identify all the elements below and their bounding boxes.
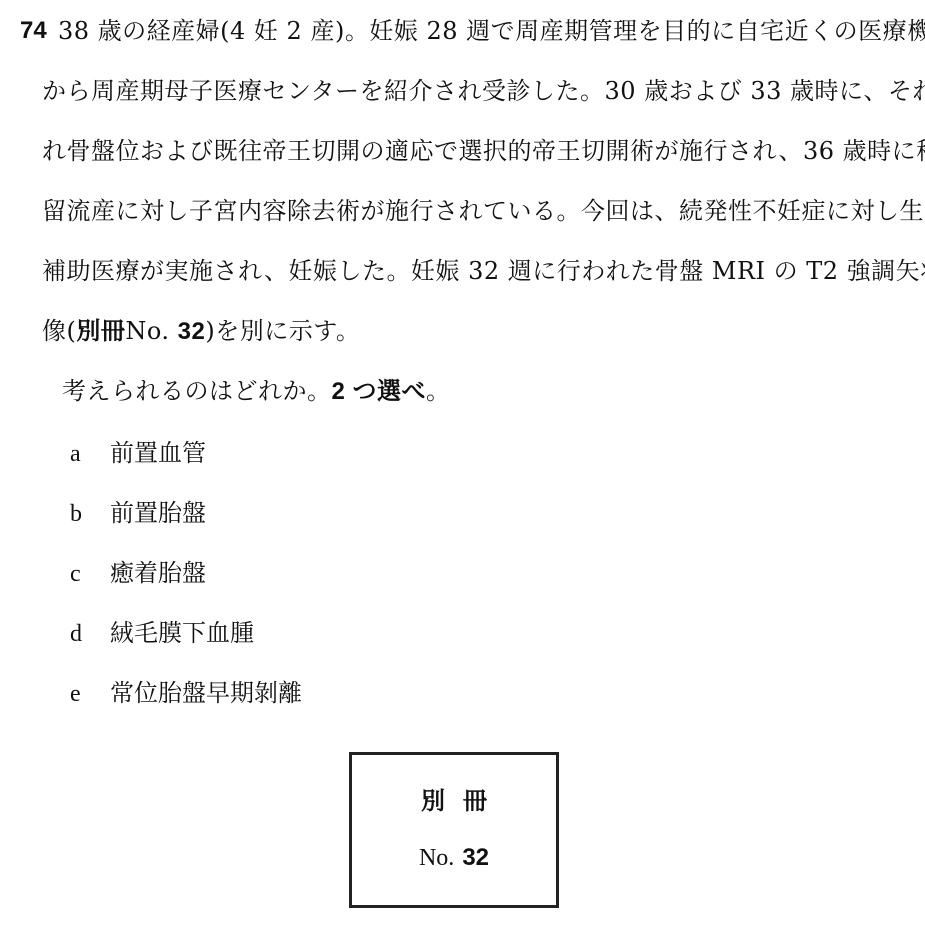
prompt-text: 考えられるのはどれか。 <box>62 377 332 405</box>
option-text: 前置血管 <box>110 439 206 467</box>
stem-line-6: 像(別冊No. 32)を別に示す。 <box>42 316 360 347</box>
stem-line-1: 38 歳の経産婦(4 妊 2 産)。妊娠 28 週で周産期管理を目的に自宅近くの… <box>58 16 925 46</box>
supplement-ref-no: No. <box>125 317 177 345</box>
prompt-end: 。 <box>426 377 451 405</box>
option-text: 癒着胎盤 <box>110 559 206 587</box>
question-number: 74 <box>20 16 47 46</box>
option-letter: e <box>70 679 110 709</box>
option-text: 前置胎盤 <box>110 499 206 527</box>
option-letter: a <box>70 439 110 469</box>
question-prompt: 考えられるのはどれか。2 つ選べ。 <box>62 376 451 407</box>
stem-line-3: れ骨盤位および既往帝王切開の適応で選択的帝王切開術が施行され、36 歳時に稽 <box>42 136 925 166</box>
option-b[interactable]: b前置胎盤 <box>70 498 206 529</box>
option-d[interactable]: d絨毛膜下血腫 <box>70 618 254 649</box>
option-text: 常位胎盤早期剝離 <box>110 679 302 707</box>
option-letter: c <box>70 559 110 589</box>
supplement-ref-label: 別冊 <box>76 318 125 345</box>
stem-line-6-prefix: 像( <box>42 317 76 345</box>
supplement-number-line: No.32 <box>352 843 556 872</box>
option-text: 絨毛膜下血腫 <box>110 619 254 647</box>
stem-line-2: から周産期母子医療センターを紹介され受診した。30 歳および 33 歳時に、それ… <box>42 76 925 106</box>
option-letter: b <box>70 499 110 529</box>
option-c[interactable]: c癒着胎盤 <box>70 558 206 589</box>
prompt-select-count: 2 つ選べ <box>332 378 427 405</box>
option-a[interactable]: a前置血管 <box>70 438 206 469</box>
supplement-reference-box: 別冊 No.32 <box>349 752 559 908</box>
stem-line-5: 補助医療が実施され、妊娠した。妊娠 32 週に行われた骨盤 MRI の T2 強… <box>42 256 925 286</box>
supplement-title: 別冊 <box>352 781 556 816</box>
supplement-ref-number: 32 <box>178 318 206 345</box>
option-e[interactable]: e常位胎盤早期剝離 <box>70 678 302 709</box>
stem-line-4: 留流産に対し子宮内容除去術が施行されている。今回は、続発性不妊症に対し生殖 <box>42 196 925 226</box>
supplement-no-label: No. <box>419 845 454 871</box>
option-letter: d <box>70 619 110 649</box>
stem-line-6-suffix: )を別に示す。 <box>205 317 360 345</box>
supplement-number: 32 <box>462 844 489 871</box>
